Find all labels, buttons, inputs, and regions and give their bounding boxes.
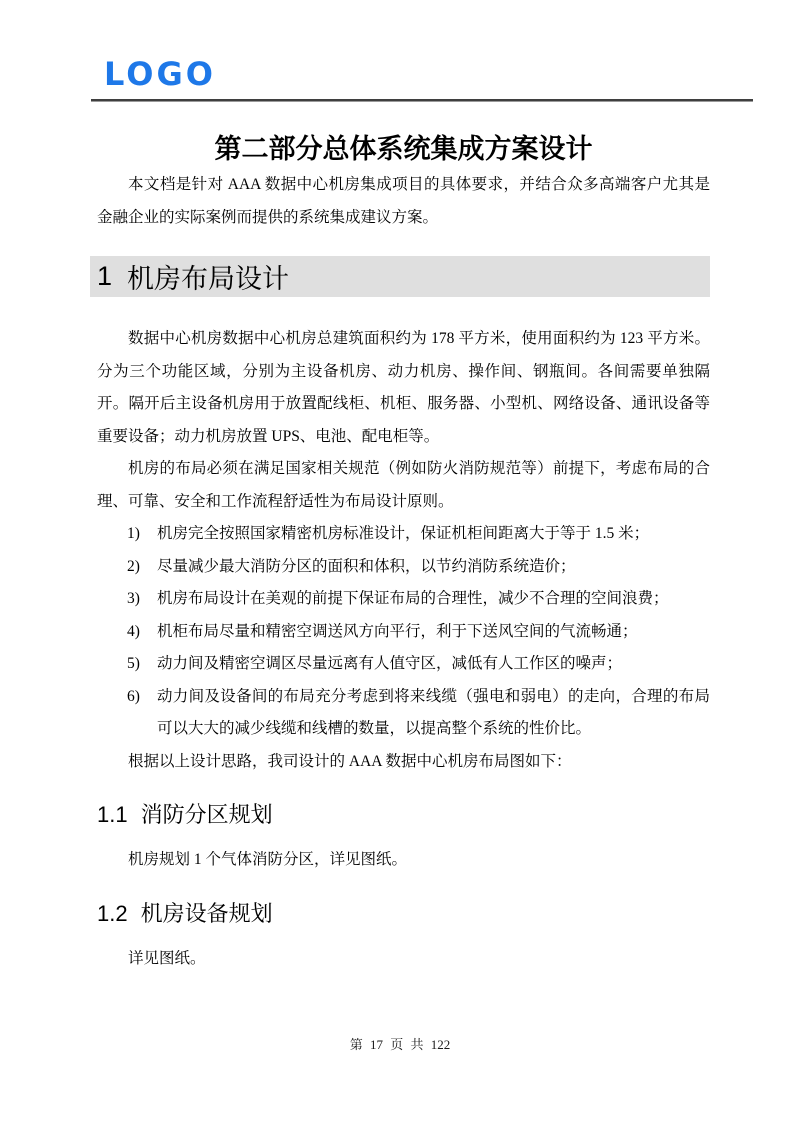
company-logo: LOGO	[104, 54, 216, 94]
list-item-number: 1)	[127, 518, 157, 551]
section-1-2-title: 机房设备规划	[141, 899, 273, 929]
section-1-2-number: 1.2	[97, 899, 128, 929]
section-1-1-number: 1.1	[97, 800, 128, 830]
document-page: { "doc": { "logo": "LOGO", "title": "第二部…	[0, 0, 800, 1132]
section-1-heading: 1 机房布局设计	[90, 256, 710, 297]
header-divider	[91, 99, 753, 102]
section-1-number: 1	[97, 261, 112, 292]
list-item: 3) 机房布局设计在美观的前提下保证布局的合理性，减少不合理的空间浪费；	[97, 583, 710, 616]
list-item: 5) 动力间及精密空调区尽量远离有人值守区，减低有人工作区的噪声；	[97, 648, 710, 681]
list-item: 6) 动力间及设备间的布局充分考虑到将来线缆（强电和弱电）的走向，合理的布局可以…	[97, 681, 710, 746]
list-item: 1) 机房完全按照国家精密机房标准设计，保证机柜间距离大于等于 1.5 米；	[97, 518, 710, 551]
section-1-paragraph-1: 数据中心机房数据中心机房总建筑面积约为 178 平方米，使用面积约为 123 平…	[97, 323, 710, 453]
document-content: 第二部分总体系统集成方案设计 本文档是针对 AAA 数据中心机房集成项目的具体要…	[97, 118, 710, 975]
section-1-1-body: 机房规划 1 个气体消防分区，详见图纸。	[97, 844, 710, 877]
list-item: 2) 尽量减少最大消防分区的面积和体积，以节约消防系统造价；	[97, 551, 710, 584]
list-item: 4) 机柜布局尽量和精密空调送风方向平行，利于下送风空间的气流畅通；	[97, 616, 710, 649]
list-item-number: 4)	[127, 616, 157, 649]
design-principles-list: 1) 机房完全按照国家精密机房标准设计，保证机柜间距离大于等于 1.5 米； 2…	[97, 518, 710, 746]
document-title: 第二部分总体系统集成方案设计	[97, 130, 710, 168]
list-item-text: 动力间及设备间的布局充分考虑到将来线缆（强电和弱电）的走向，合理的布局可以大大的…	[157, 681, 710, 746]
section-1-2-body: 详见图纸。	[97, 943, 710, 976]
intro-paragraph: 本文档是针对 AAA 数据中心机房集成项目的具体要求，并结合众多高端客户尤其是金…	[97, 168, 710, 234]
section-1-title: 机房布局设计	[127, 257, 289, 296]
list-item-text: 动力间及精密空调区尽量远离有人值守区，减低有人工作区的噪声；	[157, 648, 710, 681]
list-item-number: 6)	[127, 681, 157, 746]
section-1-paragraph-2: 机房的布局必须在满足国家相关规范（例如防火消防规范等）前提下，考虑布局的合理、可…	[97, 453, 710, 518]
page-number-footer: 第 17 页 共 122	[0, 1036, 800, 1054]
section-1-paragraph-3: 根据以上设计思路，我司设计的 AAA 数据中心机房布局图如下：	[97, 746, 710, 779]
list-item-text: 机房布局设计在美观的前提下保证布局的合理性，减少不合理的空间浪费；	[157, 583, 710, 616]
section-1-1-heading: 1.1 消防分区规划	[97, 800, 710, 830]
list-item-number: 2)	[127, 551, 157, 584]
section-1-1-title: 消防分区规划	[141, 800, 273, 830]
section-1-2-heading: 1.2 机房设备规划	[97, 899, 710, 929]
list-item-text: 机柜布局尽量和精密空调送风方向平行，利于下送风空间的气流畅通；	[157, 616, 710, 649]
list-item-number: 3)	[127, 583, 157, 616]
list-item-text: 尽量减少最大消防分区的面积和体积，以节约消防系统造价；	[157, 551, 710, 584]
list-item-text: 机房完全按照国家精密机房标准设计，保证机柜间距离大于等于 1.5 米；	[157, 518, 710, 551]
list-item-number: 5)	[127, 648, 157, 681]
